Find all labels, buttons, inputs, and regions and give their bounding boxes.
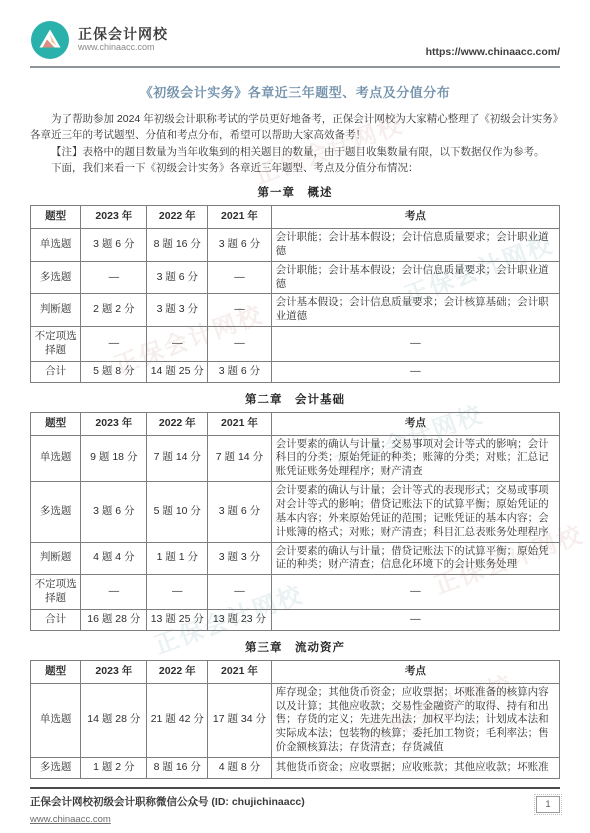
table-row: 判断题 2 题 2 分 3 题 3 分 — 会计基本假设；会计信息质量要求；会计… xyxy=(31,294,560,327)
chapter-2-heading: 第二章 会计基础 xyxy=(30,391,560,407)
column-header-2022: 2022 年 xyxy=(147,412,208,435)
lead-in-paragraph: 下面，我们来看一下《初级会计实务》各章近三年题型、考点及分值分布情况： xyxy=(30,160,560,176)
cell-2022: 5 题 10 分 xyxy=(147,482,208,542)
cell-2021: 17 题 34 分 xyxy=(208,683,271,757)
column-header-question-type: 题型 xyxy=(31,660,81,683)
cell-test-points: 其他货币资金；应收票据；应收账款；其他应收款；坏账准 xyxy=(271,757,559,778)
brand-site-url: www.chinaacc.com xyxy=(78,43,168,53)
chapter-1-table: 题型 2023 年 2022 年 2021 年 考点 单选题 3 题 6 分 8… xyxy=(30,205,560,383)
table-row: 不定项选择题 — — — — xyxy=(31,327,560,362)
cell-2023: 9 题 18 分 xyxy=(81,435,147,482)
cell-test-points: — xyxy=(271,361,559,382)
footer-site-link[interactable]: www.chinaacc.com xyxy=(30,814,111,825)
header-divider xyxy=(30,66,560,68)
column-header-2022: 2022 年 xyxy=(147,206,208,229)
cell-test-points: 会计要素的确认与计量；借贷记账法下的试算平衡；原始凭证的种类；财产清查；信息化环… xyxy=(271,542,559,575)
cell-test-points: 会计基本假设；会计信息质量要求；会计核算基础；会计职业道德 xyxy=(271,294,559,327)
cell-test-points: 会计职能；会计基本假设；会计信息质量要求；会计职业道德 xyxy=(271,228,559,261)
cell-2023: 3 题 6 分 xyxy=(81,228,147,261)
cell-2021: — xyxy=(208,294,271,327)
cell-test-points: 会计要素的确认与计量；交易事项对会计等式的影响；会计科目的分类；原始凭证的种类；… xyxy=(271,435,559,482)
table-row: 合计 5 题 8 分 14 题 25 分 3 题 6 分 — xyxy=(31,361,560,382)
column-header-2021: 2021 年 xyxy=(208,206,271,229)
cell-2023: 5 题 8 分 xyxy=(81,361,147,382)
document-page: 正保会计网校 正保会计网校 正保会计网校 正保会计网校 正保会计网校 正保会计网… xyxy=(0,0,590,833)
cell-test-points: 库存现金；其他货币资金；应收票据；坏账准备的核算内容以及计算；其他应收款；交易性… xyxy=(271,683,559,757)
intro-paragraph: 为了帮助参加 2024 年初级会计职称考试的学员更好地备考，正保会计网校为大家精… xyxy=(30,111,560,144)
cell-2021: — xyxy=(208,261,271,294)
cell-question-type: 单选题 xyxy=(31,435,81,482)
cell-2021: 13 题 23 分 xyxy=(208,609,271,630)
table-header-row: 题型 2023 年 2022 年 2021 年 考点 xyxy=(31,660,560,683)
cell-question-type: 不定项选择题 xyxy=(31,327,81,362)
cell-2022: 13 题 25 分 xyxy=(147,609,208,630)
cell-2021: 7 题 14 分 xyxy=(208,435,271,482)
cell-test-points: — xyxy=(271,327,559,362)
table-row: 判断题 4 题 4 分 1 题 1 分 3 题 3 分 会计要素的确认与计量；借… xyxy=(31,542,560,575)
page-header: 正保会计网校 www.chinaacc.com https://www.chin… xyxy=(30,10,560,60)
cell-test-points: 会计要素的确认与计量；会计等式的表现形式；交易或事项对会计等式的影响；借贷记账法… xyxy=(271,482,559,542)
cell-2023: 1 题 2 分 xyxy=(81,757,147,778)
cell-2022: — xyxy=(147,575,208,610)
column-header-2023: 2023 年 xyxy=(81,206,147,229)
cell-test-points: — xyxy=(271,609,559,630)
page-number-badge: 1 xyxy=(536,796,560,813)
cell-2023: 2 题 2 分 xyxy=(81,294,147,327)
brand: 正保会计网校 www.chinaacc.com xyxy=(30,20,168,60)
cell-test-points: 会计职能；会计基本假设；会计信息质量要求；会计职业道德 xyxy=(271,261,559,294)
cell-question-type: 不定项选择题 xyxy=(31,575,81,610)
cell-test-points: — xyxy=(271,575,559,610)
cell-question-type: 单选题 xyxy=(31,228,81,261)
chapter-3-heading: 第三章 流动资产 xyxy=(30,639,560,655)
column-header-test-points: 考点 xyxy=(271,206,559,229)
cell-2022: 3 题 3 分 xyxy=(147,294,208,327)
cell-2022: 3 题 6 分 xyxy=(147,261,208,294)
table-row: 不定项选择题 — — — — xyxy=(31,575,560,610)
footer-text-block: 正保会计网校初级会计职称微信公众号 (ID: chujichinaacc) ww… xyxy=(30,794,305,827)
header-page-url: https://www.chinaacc.com/ xyxy=(426,46,560,60)
cell-2022: 7 题 14 分 xyxy=(147,435,208,482)
brand-name: 正保会计网校 xyxy=(78,27,168,42)
column-header-question-type: 题型 xyxy=(31,206,81,229)
cell-2022: — xyxy=(147,327,208,362)
table-header-row: 题型 2023 年 2022 年 2021 年 考点 xyxy=(31,412,560,435)
table-row: 合计 16 题 28 分 13 题 25 分 13 题 23 分 — xyxy=(31,609,560,630)
column-header-test-points: 考点 xyxy=(271,412,559,435)
cell-2021: 3 题 6 分 xyxy=(208,482,271,542)
column-header-2022: 2022 年 xyxy=(147,660,208,683)
table-header-row: 题型 2023 年 2022 年 2021 年 考点 xyxy=(31,206,560,229)
cell-2021: 3 题 6 分 xyxy=(208,361,271,382)
page-footer: 正保会计网校初级会计职称微信公众号 (ID: chujichinaacc) ww… xyxy=(30,789,560,827)
cell-question-type: 判断题 xyxy=(31,294,81,327)
cell-question-type: 多选题 xyxy=(31,261,81,294)
cell-question-type: 合计 xyxy=(31,361,81,382)
brand-logo-icon xyxy=(30,20,70,60)
column-header-2021: 2021 年 xyxy=(208,412,271,435)
cell-2023: 16 题 28 分 xyxy=(81,609,147,630)
cell-2021: 3 题 3 分 xyxy=(208,542,271,575)
table-row: 多选题 3 题 6 分 5 题 10 分 3 题 6 分 会计要素的确认与计量；… xyxy=(31,482,560,542)
cell-question-type: 多选题 xyxy=(31,482,81,542)
table-row: 单选题 14 题 28 分 21 题 42 分 17 题 34 分 库存现金；其… xyxy=(31,683,560,757)
column-header-test-points: 考点 xyxy=(271,660,559,683)
cell-2023: 4 题 4 分 xyxy=(81,542,147,575)
table-row: 单选题 3 题 6 分 8 题 16 分 3 题 6 分 会计职能；会计基本假设… xyxy=(31,228,560,261)
table-row: 多选题 — 3 题 6 分 — 会计职能；会计基本假设；会计信息质量要求；会计职… xyxy=(31,261,560,294)
footer-wechat-account: 正保会计网校初级会计职称微信公众号 (ID: chujichinaacc) xyxy=(30,794,305,809)
cell-2023: — xyxy=(81,575,147,610)
cell-question-type: 多选题 xyxy=(31,757,81,778)
cell-question-type: 单选题 xyxy=(31,683,81,757)
cell-2022: 1 题 1 分 xyxy=(147,542,208,575)
column-header-2023: 2023 年 xyxy=(81,412,147,435)
cell-2023: — xyxy=(81,327,147,362)
cell-2022: 8 题 16 分 xyxy=(147,757,208,778)
column-header-question-type: 题型 xyxy=(31,412,81,435)
chapter-3-table: 题型 2023 年 2022 年 2021 年 考点 单选题 14 题 28 分… xyxy=(30,660,560,779)
cell-2023: 3 题 6 分 xyxy=(81,482,147,542)
cell-question-type: 合计 xyxy=(31,609,81,630)
column-header-2021: 2021 年 xyxy=(208,660,271,683)
cell-2021: 3 题 6 分 xyxy=(208,228,271,261)
cell-2021: — xyxy=(208,575,271,610)
cell-2021: — xyxy=(208,327,271,362)
chapter-1-heading: 第一章 概述 xyxy=(30,184,560,200)
cell-2022: 8 题 16 分 xyxy=(147,228,208,261)
table-row: 单选题 9 题 18 分 7 题 14 分 7 题 14 分 会计要素的确认与计… xyxy=(31,435,560,482)
column-header-2023: 2023 年 xyxy=(81,660,147,683)
note-paragraph: 【注】表格中的题目数量为当年收集到的相关题目的数量，由于题目收集数量有限，以下数… xyxy=(30,144,560,160)
document-title: 《初级会计实务》各章近三年题型、考点及分值分布 xyxy=(30,82,560,101)
chapter-2-table: 题型 2023 年 2022 年 2021 年 考点 单选题 9 题 18 分 … xyxy=(30,412,560,631)
table-row: 多选题 1 题 2 分 8 题 16 分 4 题 8 分 其他货币资金；应收票据… xyxy=(31,757,560,778)
cell-2021: 4 题 8 分 xyxy=(208,757,271,778)
cell-2023: — xyxy=(81,261,147,294)
cell-question-type: 判断题 xyxy=(31,542,81,575)
cell-2023: 14 题 28 分 xyxy=(81,683,147,757)
cell-2022: 14 题 25 分 xyxy=(147,361,208,382)
cell-2022: 21 题 42 分 xyxy=(147,683,208,757)
